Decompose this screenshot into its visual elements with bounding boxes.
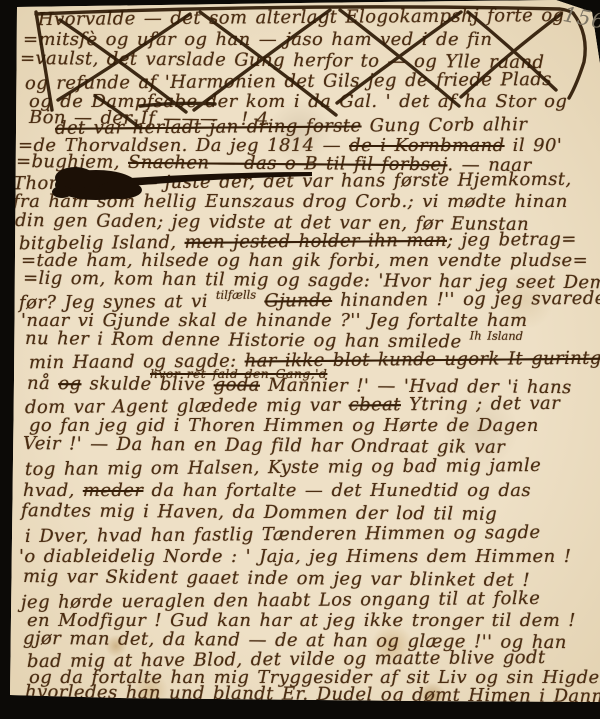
manuscript-line: i Dver, hvad han fastlig Tænderen Himmen…	[25, 523, 541, 547]
manuscript-line: Veir !' — Da han en Dag fild har Ondraat…	[23, 434, 505, 458]
manuscript-line: Hvorvalde — det som alterlagt Elogokamps…	[38, 6, 565, 30]
manuscript-text-segment: Gung Corb alhir	[361, 114, 527, 136]
manuscript-line: mig var Skident gaaet inde om jeg var bl…	[23, 567, 530, 591]
manuscript-struck-segment: goda	[214, 374, 260, 395]
manuscript-text-segment: tog han mig om Halsen, Kyste mig og bad …	[25, 455, 541, 480]
manuscript-text-segment: 'o diableidelig Norde : ' Jaja, jeg Hime…	[19, 546, 571, 567]
manuscript-text-segment: mig var Skident gaaet inde om jeg var bl…	[23, 566, 530, 591]
manuscript-text-segment: Ytring ; det var	[401, 393, 560, 415]
manuscript-line: fandtes mig i Haven, da Dommen der lod t…	[21, 501, 497, 525]
manuscript-und-segment: Danmark	[554, 686, 600, 708]
manuscript-text-segment: hvorledes han und blandt Er. Dudel og dø…	[25, 682, 554, 707]
manuscript-text-segment: hinanden !'' og jeg svarede da,	[332, 288, 600, 311]
manuscript-text-segment: Veir !' — Da han en Dag fild har Ondraat…	[23, 433, 505, 458]
manuscript-line: hvorledes han und blandt Er. Dudel og dø…	[25, 683, 600, 708]
manuscript-text-segment: i Dver, hvad han fastlig Tænderen Himmen…	[25, 522, 541, 547]
manuscript-text-segment: =mitsfè og ufar og han — jaso ham ved i …	[23, 29, 492, 50]
manuscript-text-segment: fra ham som hellig Eunszaus drog Corb.; …	[13, 191, 568, 212]
manuscript-text-segment: ; jeg betrag=	[447, 229, 577, 251]
manuscript-line: fra ham som hellig Eunszaus drog Corb.; …	[13, 192, 568, 212]
scanned-manuscript-page: Hvorvalde — det som alterlagt Elogokamps…	[0, 0, 600, 719]
manuscript-ins-segment: tilfælls	[216, 288, 256, 302]
manuscript-text-segment: nå	[27, 373, 58, 394]
manuscript-struck-segment: cbeat	[349, 394, 401, 415]
manuscript-text-segment: =bughjem,	[16, 151, 128, 173]
manuscript-text-segment: juste der, det var hans første Hjemkomst…	[157, 169, 572, 193]
paper-sheet: Hvorvalde — det som alterlagt Elogokamps…	[0, 0, 600, 719]
manuscript-ins-segment: Ih Island	[470, 329, 523, 343]
manuscript-text-segment: da han fortalte — det Hunedtid og das	[143, 480, 531, 501]
manuscript-text-segment: fandtes mig i Haven, da Dommen der lod t…	[21, 500, 497, 525]
manuscript-text-segment: skulde blive	[81, 373, 213, 395]
manuscript-struck-segment: og	[58, 373, 81, 394]
manuscript-struck-segment: meder	[83, 480, 144, 501]
manuscript-text-segment: il 90'	[505, 135, 563, 156]
manuscript-line: tog han mig om Halsen, Kyste mig og bad …	[25, 456, 541, 480]
manuscript-line: 'o diableidelig Norde : ' Jaja, jeg Hime…	[19, 547, 571, 567]
manuscript-struck-segment: Gjunde	[264, 290, 332, 312]
manuscript-line: =mitsfè og ufar og han — jaso ham ved i …	[23, 30, 492, 50]
manuscript-text-segment: Hvorvalde — det som alterlagt Elogokamps…	[38, 5, 565, 30]
manuscript-line: hvad, meder da han fortalte — det Hunedt…	[23, 481, 531, 501]
manuscript-text-segment: hvad,	[23, 480, 83, 501]
